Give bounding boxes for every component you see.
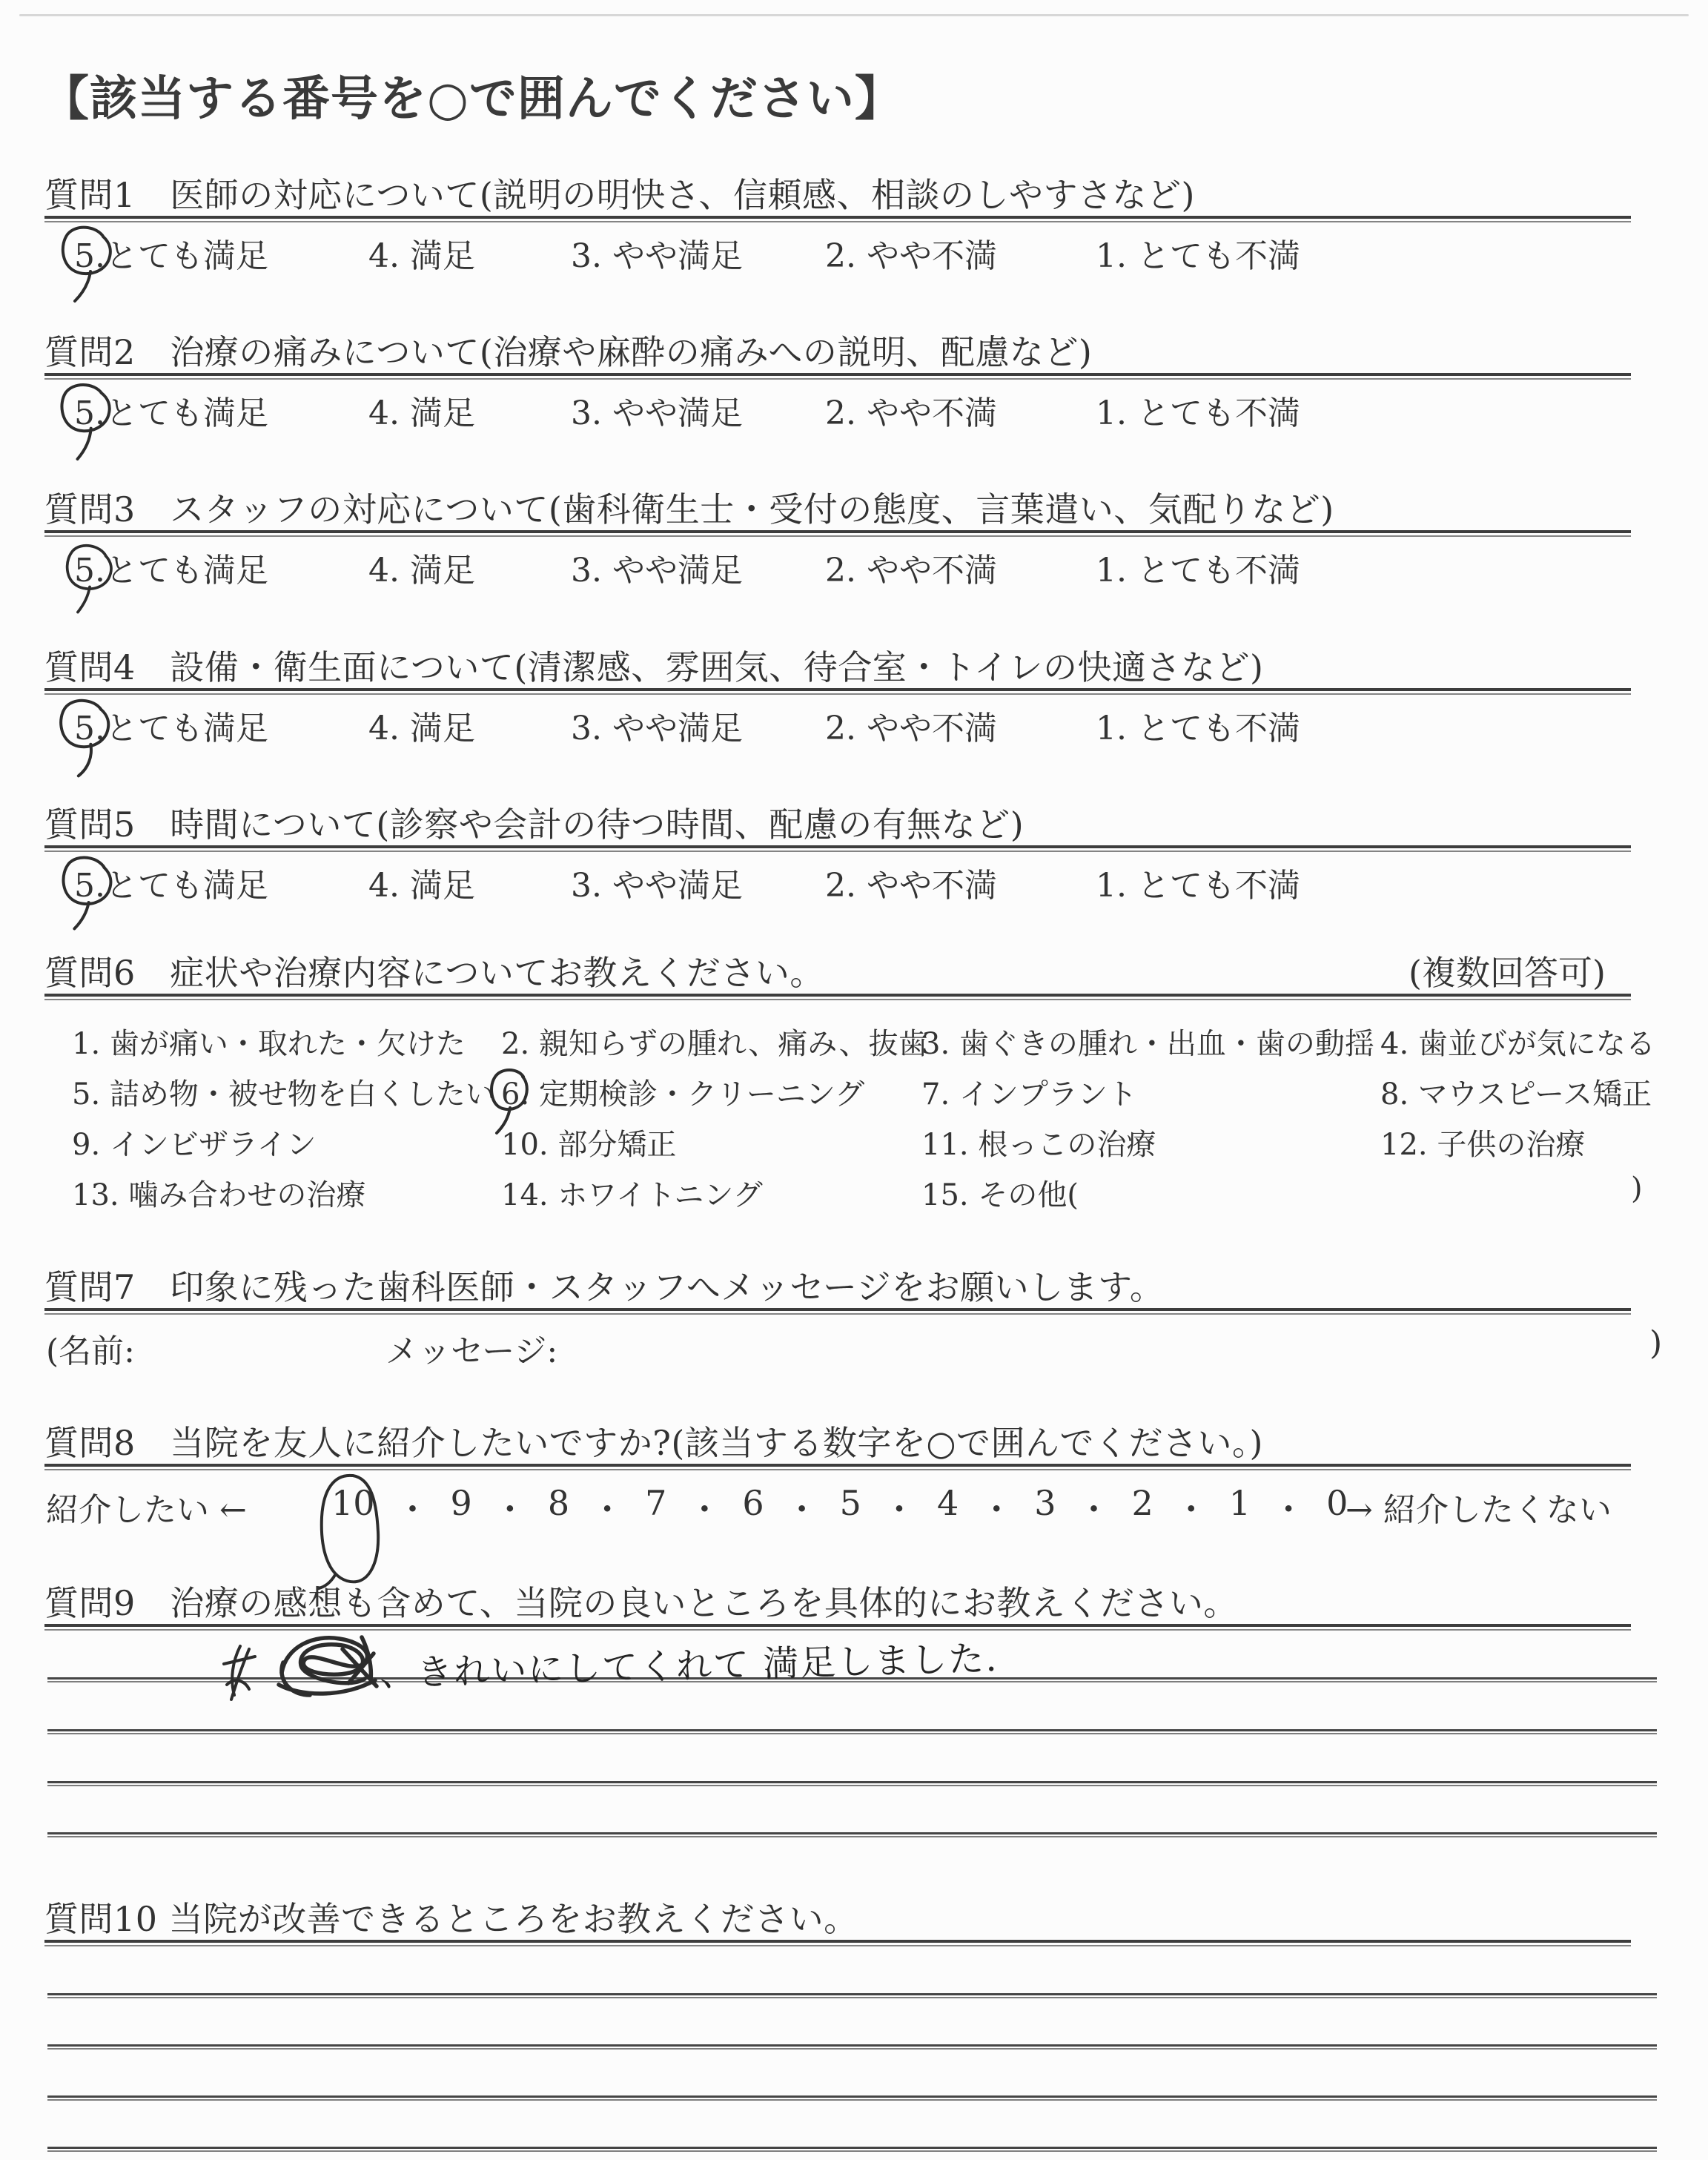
scribbled-out-word — [271, 1627, 390, 1714]
writing-line — [47, 1993, 1657, 1998]
selected-answer-circle-mark — [59, 539, 118, 621]
scanned-survey-page: 【該当する番号を○で囲んでください】 質問1 医師の対応について(説明の明快さ、… — [0, 0, 1708, 2160]
rating-option: 3. やや満足 — [571, 386, 743, 434]
rating-option: 4. 満足 — [368, 386, 475, 434]
question-heading: 質問10 当院が改善できるところをお教えください。 — [44, 1892, 858, 1941]
scale-dot: ・ — [687, 1483, 721, 1532]
rating-option: 3. やや満足 — [571, 544, 743, 591]
scale-number: 3 — [1034, 1483, 1056, 1523]
handwritten-scratch-mark — [219, 1642, 260, 1705]
symptom-option: 5. 詰め物・被せ物を白くしたい — [72, 1071, 495, 1113]
symptom-option: 7. インプラント — [921, 1071, 1137, 1113]
rating-option: 3. やや満足 — [571, 859, 743, 906]
question-heading: 質問7 印象に残った歯科医師・スタッフへメッセージをお願いします。 — [44, 1261, 1164, 1309]
question-heading: 質問3 スタッフの対応について(歯科衛生士・受付の態度、言葉遣い、気配りなど) — [44, 483, 1334, 532]
scale-number: 5 — [840, 1483, 861, 1523]
heading-underline — [44, 1308, 1631, 1315]
symptom-option: 15. その他( — [921, 1172, 1079, 1214]
rating-option: 1. とても不満 — [1096, 386, 1300, 434]
scale-dot: ・ — [785, 1483, 819, 1532]
scale-dot: ・ — [882, 1483, 916, 1532]
scale-right-label: → 紹介したくない — [1345, 1483, 1612, 1530]
scale-dot: ・ — [590, 1483, 624, 1532]
multiple-answers-note: (複数回答可) — [1409, 946, 1606, 995]
symptom-option: 6. 定期検診・クリーニング — [501, 1071, 864, 1113]
scale-left-label: 紹介したい ← — [46, 1483, 247, 1530]
question-heading: 質問9 治療の感想も含めて、当院の良いところを具体的にお教えください。 — [44, 1576, 1238, 1625]
scale-dot: ・ — [396, 1483, 430, 1532]
rating-option: 2. やや不満 — [825, 386, 997, 434]
heading-underline — [44, 530, 1631, 537]
question-heading: 質問6 症状や治療内容についてお教えください。 — [44, 946, 824, 995]
symptom-option: 8. マウスピース矯正 — [1380, 1071, 1652, 1113]
symptom-option: 4. 歯並びが気になる — [1380, 1020, 1655, 1063]
symptom-option: 11. 根っこの治療 — [921, 1121, 1156, 1163]
symptom-option: 14. ホワイトニング — [501, 1172, 763, 1214]
heading-underline — [44, 1940, 1631, 1946]
close-paren: ) — [1649, 1324, 1662, 1362]
rating-option: 1. とても不満 — [1096, 859, 1300, 906]
scale-dot: ・ — [493, 1483, 527, 1532]
question-heading: 質問4 設備・衛生面について(清潔感、雰囲気、待合室・トイレの快適さなど) — [44, 641, 1263, 690]
rating-option: 2. やや不満 — [825, 229, 997, 277]
question-heading: 質問2 治療の痛みについて(治療や麻酔の痛みへの説明、配慮など) — [44, 326, 1092, 374]
heading-underline — [44, 845, 1631, 852]
question-heading: 質問8 当院を友人に紹介したいですか?(該当する数字を○で囲んでください。) — [44, 1416, 1263, 1465]
rating-option: 4. 満足 — [368, 229, 475, 277]
scale-number: 1 — [1229, 1483, 1251, 1523]
writing-line — [47, 1832, 1657, 1837]
rating-option: 3. やや満足 — [571, 701, 743, 749]
writing-line — [47, 1781, 1657, 1786]
heading-underline — [44, 373, 1631, 380]
scale-dot: ・ — [979, 1483, 1013, 1532]
symptom-option: 3. 歯ぐきの腫れ・出血・歯の動揺 — [921, 1020, 1374, 1063]
scale-dot: ・ — [1174, 1483, 1208, 1532]
scale-number: 9 — [451, 1483, 472, 1523]
rating-option: 1. とても不満 — [1096, 229, 1300, 277]
scale-number: 6 — [742, 1483, 764, 1523]
symptom-option: 1. 歯が痛い・取れた・欠けた — [72, 1020, 466, 1063]
heading-underline — [44, 1464, 1631, 1470]
rating-option: 4. 満足 — [368, 859, 475, 906]
scale-number: 7 — [645, 1483, 666, 1523]
handwritten-answer: 、きれいにしてくれて 満足しました. — [379, 1630, 999, 1696]
selected-answer-circle-mark — [56, 695, 115, 780]
message-field-label: メッセージ: — [385, 1324, 557, 1372]
rating-option: 1. とても不満 — [1096, 701, 1300, 749]
name-field-label: (名前: — [46, 1324, 135, 1372]
symptom-option: 12. 子供の治療 — [1380, 1121, 1585, 1163]
rating-option: 3. やや満足 — [571, 229, 743, 277]
writing-line — [47, 1729, 1657, 1734]
selected-answer-circle-mark — [56, 378, 118, 465]
rating-option: 2. やや不満 — [825, 701, 997, 749]
scale-dot: ・ — [1077, 1483, 1111, 1532]
scale-number: 4 — [937, 1483, 959, 1523]
heading-underline — [44, 994, 1631, 1000]
writing-line — [47, 2044, 1657, 2050]
selected-answer-circle-mark — [488, 1065, 534, 1135]
writing-line — [47, 2147, 1657, 2152]
recommendation-scale: 10 ・ 9 ・ 8 ・ 7 ・ 6 ・ 5 ・ 4 ・ 3 ・ 2 ・ 1 ・… — [331, 1483, 1348, 1532]
other-option-close-paren: ) — [1631, 1172, 1643, 1206]
document-title: 【該当する番号を○で囲んでください】 — [42, 61, 903, 129]
scale-number: 8 — [548, 1483, 569, 1523]
rating-option: 2. やや不満 — [825, 544, 997, 591]
scale-number: 0 — [1326, 1483, 1348, 1523]
symptom-option: 2. 親知らずの腫れ、痛み、抜歯 — [501, 1020, 928, 1063]
rating-option: 4. 満足 — [368, 701, 475, 749]
scale-number: 2 — [1132, 1483, 1153, 1523]
selected-answer-circle-mark — [58, 852, 116, 937]
heading-underline — [44, 216, 1631, 222]
symptom-option: 9. インビザライン — [72, 1121, 317, 1163]
scale-dot: ・ — [1271, 1483, 1305, 1532]
rating-option: 1. とても不満 — [1096, 544, 1300, 591]
question-heading: 質問5 時間について(診察や会計の待つ時間、配慮の有無など) — [44, 798, 1024, 847]
question-heading: 質問1 医師の対応について(説明の明快さ、信頼感、相談のしやすさなど) — [44, 168, 1195, 217]
writing-line — [47, 2095, 1657, 2101]
symptom-option: 13. 噛み合わせの治療 — [72, 1172, 365, 1214]
selected-answer-circle-mark — [59, 222, 115, 305]
rating-option: 2. やや不満 — [825, 859, 997, 906]
heading-underline — [44, 688, 1631, 695]
rating-option: 4. 満足 — [368, 544, 475, 591]
scan-edge-artifact — [19, 14, 1689, 16]
selected-answer-circle-mark — [311, 1471, 388, 1590]
